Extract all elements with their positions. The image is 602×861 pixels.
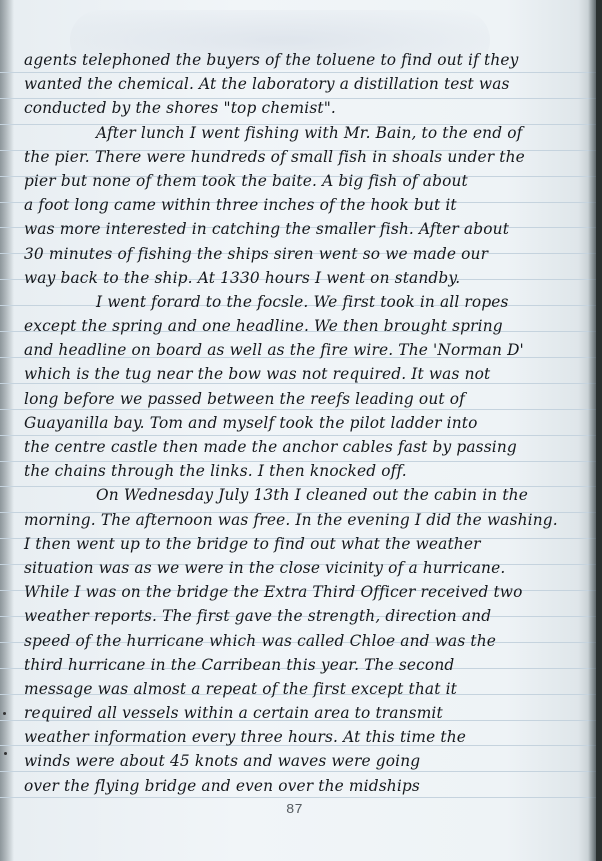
text-line: pier but none of them took the baite. A … — [24, 169, 584, 193]
text-line: speed of the hurricane which was called … — [24, 629, 584, 653]
binding-shadow — [0, 0, 14, 861]
text-line: the chains through the links. I then kno… — [24, 459, 584, 483]
margin-mark — [4, 752, 7, 755]
text-line: message was almost a repeat of the first… — [24, 677, 584, 701]
text-line: long before we passed between the reefs … — [24, 387, 584, 411]
text-line: 30 minutes of fishing the ships siren we… — [24, 242, 584, 266]
text-line: weather reports. The first gave the stre… — [24, 604, 584, 628]
text-line: required all vessels within a certain ar… — [24, 701, 584, 725]
text-line: winds were about 45 knots and waves were… — [24, 749, 584, 773]
text-line: agents telephoned the buyers of the tolu… — [24, 48, 584, 72]
text-line: I then went up to the bridge to find out… — [24, 532, 584, 556]
page-number: 87 — [286, 802, 303, 818]
text-line: was more interested in catching the smal… — [24, 217, 584, 241]
text-line: wanted the chemical. At the laboratory a… — [24, 72, 584, 96]
text-line: third hurricane in the Carribean this ye… — [24, 653, 584, 677]
text-line: After lunch I went fishing with Mr. Bain… — [24, 121, 584, 145]
text-line: a foot long came within three inches of … — [24, 193, 584, 217]
text-line: way back to the ship. At 1330 hours I we… — [24, 266, 584, 290]
text-line: conducted by the shores "top chemist". — [24, 96, 584, 120]
text-line: the pier. There were hundreds of small f… — [24, 145, 584, 169]
text-line: and headline on board as well as the fir… — [24, 338, 584, 362]
text-line: weather information every three hours. A… — [24, 725, 584, 749]
text-line: over the flying bridge and even over the… — [24, 774, 584, 798]
text-line: On Wednesday July 13th I cleaned out the… — [24, 483, 584, 507]
text-line: While I was on the bridge the Extra Thir… — [24, 580, 584, 604]
margin-mark — [3, 712, 6, 715]
text-line: I went forard to the focsle. We first to… — [24, 290, 584, 314]
text-line: the centre castle then made the anchor c… — [24, 435, 584, 459]
journal-page: agents telephoned the buyers of the tolu… — [0, 0, 596, 861]
text-line: except the spring and one headline. We t… — [24, 314, 584, 338]
handwritten-text: agents telephoned the buyers of the tolu… — [24, 48, 584, 798]
text-line: Guayanilla bay. Tom and myself took the … — [24, 411, 584, 435]
text-line: morning. The afternoon was free. In the … — [24, 508, 584, 532]
text-line: situation was as we were in the close vi… — [24, 556, 584, 580]
text-line: which is the tug near the bow was not re… — [24, 362, 584, 386]
